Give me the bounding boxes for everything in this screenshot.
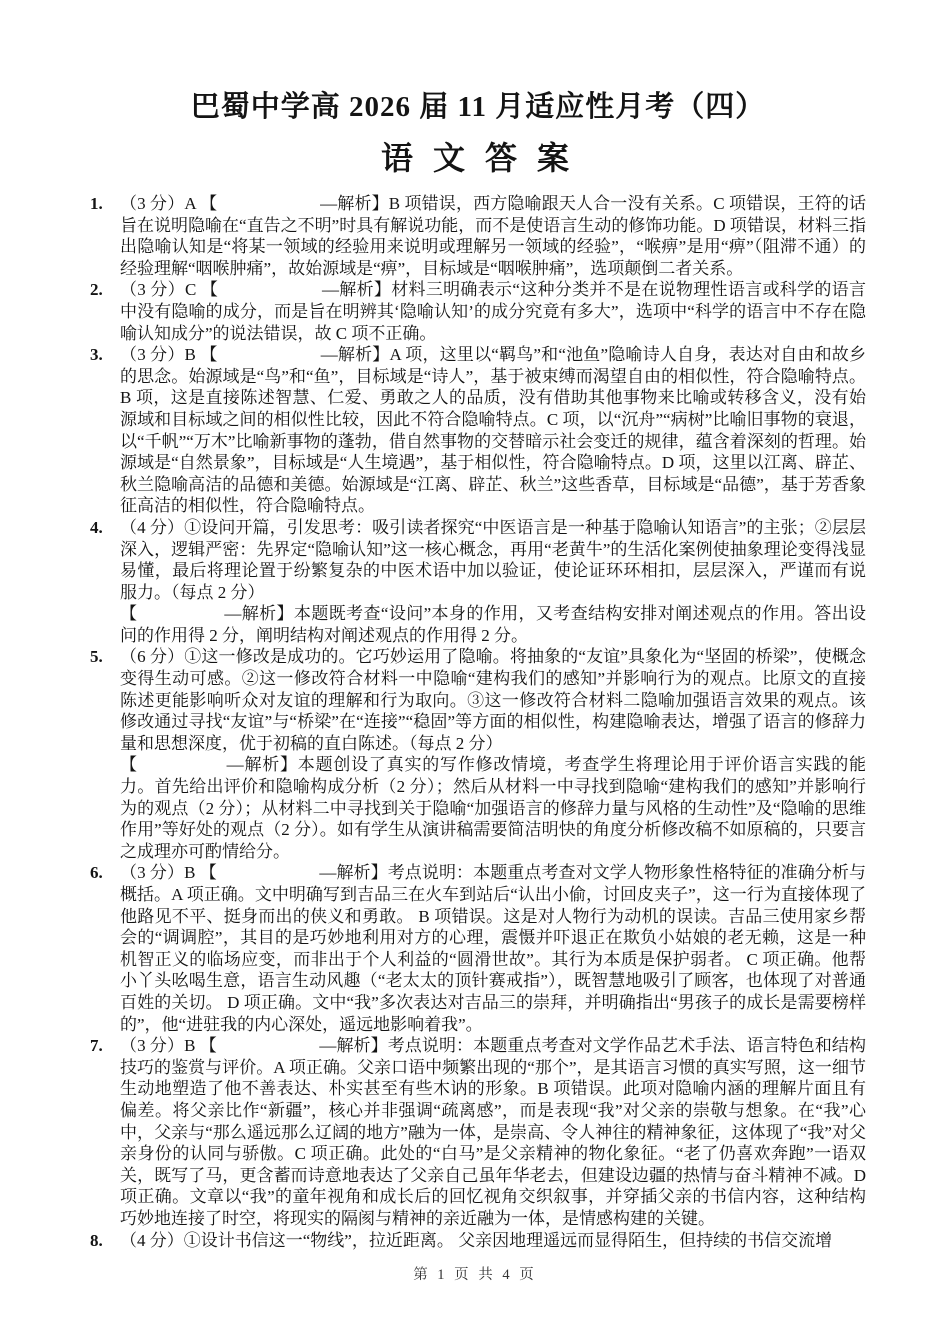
item-number: 4. bbox=[90, 517, 103, 539]
answer-paragraph: （3 分）B 【 —解析】考点说明：本题重点考查对文学作品艺术手法、语言特色和结… bbox=[120, 1035, 866, 1229]
answer-paragraph: （3 分）C 【 —解析】材料三明确表示“这种分类并不是在说物理性语言或科学的语… bbox=[120, 279, 866, 344]
item-number: 6. bbox=[90, 862, 103, 884]
answer-item-4: 4. （4 分）①设问开篇，引发思考：吸引读者探究“中医语言是一种基于隐喻认知语… bbox=[90, 517, 866, 647]
document-title: 巴蜀中学高 2026 届 11 月适应性月考（四） bbox=[90, 84, 866, 125]
answer-paragraph: （3 分）B 【 —解析】A 项，这里以“羁鸟”和“池鱼”隐喻诗人自身，表达对自… bbox=[120, 344, 866, 517]
item-number: 7. bbox=[90, 1035, 103, 1057]
answer-item-3: 3. （3 分）B 【 —解析】A 项，这里以“羁鸟”和“池鱼”隐喻诗人自身，表… bbox=[90, 344, 866, 517]
answer-item-5: 5. （6 分）①这一修改是成功的。它巧妙运用了隐喻。将抽象的“友谊”具象化为“… bbox=[90, 646, 866, 862]
document-subtitle: 语 文 答 案 bbox=[90, 133, 866, 179]
page-number-footer: 第 1 页 共 4 页 bbox=[0, 1263, 950, 1284]
answer-item-2: 2. （3 分）C 【 —解析】材料三明确表示“这种分类并不是在说物理性语言或科… bbox=[90, 279, 866, 344]
item-number: 1. bbox=[90, 193, 103, 215]
answer-paragraph: （4 分）①设问开篇，引发思考：吸引读者探究“中医语言是一种基于隐喻认知语言”的… bbox=[120, 517, 866, 603]
item-number: 5. bbox=[90, 646, 103, 668]
answer-item-1: 1. （3 分）A 【 —解析】B 项错误，西方隐喻跟天人合一没有关系。C 项错… bbox=[90, 193, 866, 279]
answer-paragraph: （6 分）①这一修改是成功的。它巧妙运用了隐喻。将抽象的“友谊”具象化为“坚固的… bbox=[120, 646, 866, 754]
answer-paragraph: （4 分）①设计书信这一“物线”，拉近距离。 父亲因地理遥远而显得陌生，但持续的… bbox=[120, 1230, 866, 1252]
answer-paragraph: （3 分）B 【 —解析】考点说明：本题重点考查对文学人物形象性格特征的准确分析… bbox=[120, 862, 866, 1035]
document-page: 巴蜀中学高 2026 届 11 月适应性月考（四） 语 文 答 案 1. （3 … bbox=[0, 0, 950, 1344]
answer-item-8: 8. （4 分）①设计书信这一“物线”，拉近距离。 父亲因地理遥远而显得陌生，但… bbox=[90, 1230, 866, 1252]
analysis-paragraph: 【 —解析】本题创设了真实的写作修改情境，考查学生将理论用于评价语言实践的能力。… bbox=[120, 754, 866, 862]
answer-item-6: 6. （3 分）B 【 —解析】考点说明：本题重点考查对文学人物形象性格特征的准… bbox=[90, 862, 866, 1035]
answer-paragraph: （3 分）A 【 —解析】B 项错误，西方隐喻跟天人合一没有关系。C 项错误，王… bbox=[120, 193, 866, 279]
item-number: 3. bbox=[90, 344, 103, 366]
answer-item-7: 7. （3 分）B 【 —解析】考点说明：本题重点考查对文学作品艺术手法、语言特… bbox=[90, 1035, 866, 1229]
item-number: 8. bbox=[90, 1230, 103, 1252]
answers-list: 1. （3 分）A 【 —解析】B 项错误，西方隐喻跟天人合一没有关系。C 项错… bbox=[90, 193, 866, 1251]
analysis-paragraph: 【 —解析】本题既考查“设问”本身的作用，又考查结构安排对阐述观点的作用。答出设… bbox=[120, 603, 866, 646]
item-number: 2. bbox=[90, 279, 103, 301]
